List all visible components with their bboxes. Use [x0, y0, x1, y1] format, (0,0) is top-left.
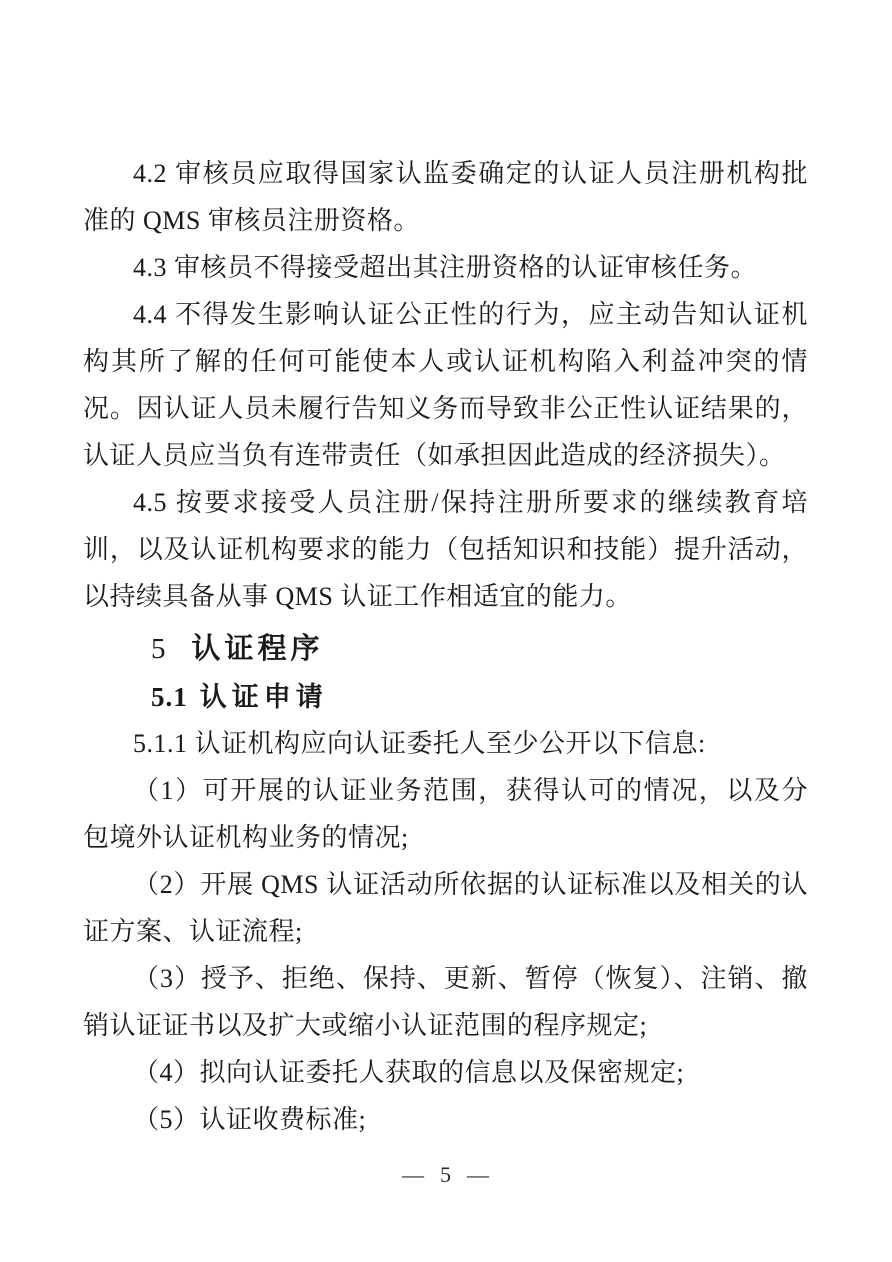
list-item-2: （2）开展 QMS 认证活动所依据的认证标准以及相关的认证方案、认证流程;	[83, 861, 808, 955]
sub-heading-title: 认证申请	[200, 682, 328, 712]
page-footer: —5—	[83, 1160, 808, 1190]
list-item-5: （5）认证收费标准;	[83, 1096, 808, 1143]
section-heading-5: 5认证程序	[83, 624, 808, 674]
paragraph-4-4: 4.4 不得发生影响认证公正性的行为，应主动告知认证机构其所了解的任何可能使本人…	[83, 291, 808, 479]
paragraph-4-5: 4.5 按要求接受人员注册/保持注册所要求的继续教育培训，以及认证机构要求的能力…	[83, 479, 808, 620]
section-title: 认证程序	[192, 633, 324, 665]
paragraph-4-2: 4.2 审核员应取得国家认监委确定的认证人员注册机构批准的 QMS 审核员注册资…	[83, 150, 808, 244]
list-item-4: （4）拟向认证委托人获取的信息以及保密规定;	[83, 1049, 808, 1096]
document-content: 4.2 审核员应取得国家认监委确定的认证人员注册机构批准的 QMS 审核员注册资…	[83, 150, 808, 1143]
page-number: 5	[440, 1160, 451, 1190]
list-item-1: （1）可开展的认证业务范围，获得认可的情况，以及分包境外认证机构业务的情况;	[83, 767, 808, 861]
paragraph-4-3: 4.3 审核员不得接受超出其注册资格的认证审核任务。	[83, 244, 808, 291]
sub-heading-5-1: 5.1认证申请	[83, 674, 808, 720]
paragraph-5-1-1: 5.1.1 认证机构应向认证委托人至少公开以下信息:	[83, 720, 808, 767]
section-number: 5	[151, 633, 166, 665]
list-item-3: （3）授予、拒绝、保持、更新、暂停（恢复）、注销、撤销认证证书以及扩大或缩小认证…	[83, 955, 808, 1049]
document-page: 4.2 审核员应取得国家认监委确定的认证人员注册机构批准的 QMS 审核员注册资…	[0, 0, 892, 1262]
sub-heading-number: 5.1	[151, 682, 188, 712]
footer-dash-left: —	[402, 1160, 424, 1190]
footer-dash-right: —	[467, 1160, 489, 1190]
